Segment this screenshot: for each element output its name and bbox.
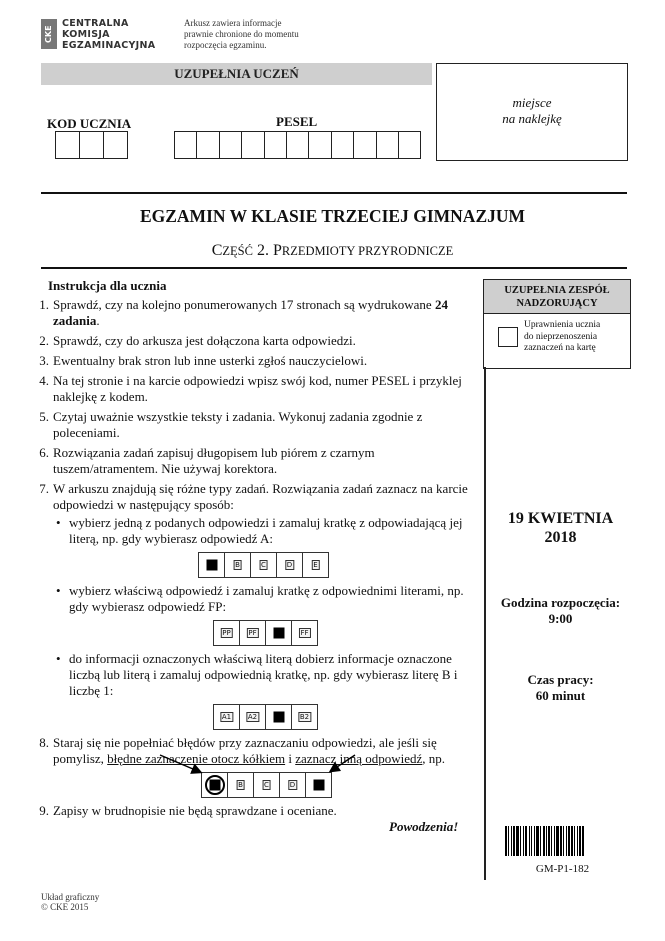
logo-line: CENTRALNA [62,18,155,29]
instruction-sub-item: •wybierz właściwą odpowiedź i zamaluj kr… [53,583,468,615]
instruction-item: 5.Czytaj uważnie wszystkie teksty i zada… [28,409,468,441]
answer-cell: PP [214,621,240,645]
logo-line: EGZAMINACYJNA [62,40,155,51]
subtitle-part: ZĘŚĆ [222,244,253,258]
digit-box[interactable] [287,132,309,158]
answer-strip: PPPFFF [213,620,318,646]
digit-box[interactable] [354,132,376,158]
answer-letter: FF [298,628,310,638]
divider [41,267,627,269]
instruction-sub-item: •do informacji oznaczonych właściwą lite… [53,651,468,699]
answer-cell: FF [292,621,317,645]
answer-cell [266,705,292,729]
answer-letter: A2 [246,712,259,722]
instruction-item: 7.W arkuszu znajdują się różne typy zada… [28,481,468,730]
answer-cell: PF [240,621,266,645]
transfer-exemption-checkbox[interactable] [498,327,518,347]
answer-cell: A1 [214,705,240,729]
item-text: Ewentualny brak stron lub inne usterki z… [53,353,367,368]
bullet-icon: • [56,515,61,531]
answer-cell: C [254,773,280,797]
item-text: W arkuszu znajdują się różne typy zadań.… [53,481,468,512]
item-number: 2. [39,333,49,349]
instructions-list: 1.Sprawdź, czy na kolejno ponumerowanych… [28,297,468,823]
confidentiality-notice: Arkusz zawiera informacje prawnie chroni… [184,18,299,51]
answer-strip: A1A2B2 [213,704,318,730]
logo-line: KOMISJA [62,29,155,40]
sticker-line: na naklejkę [502,111,562,126]
answer-cell: B [228,773,254,797]
answer-cell: E [303,553,328,577]
digit-box[interactable] [80,132,104,158]
kod-ucznia-field[interactable] [55,131,128,159]
logo-letters: CKE [41,19,57,49]
answer-letter: PF [246,628,258,638]
answer-letter: PP [220,628,232,638]
instruction-item: 4.Na tej stronie i na karcie odpowiedzi … [28,373,468,405]
answer-letter: E [311,560,319,570]
item-number: 5. [39,409,49,425]
digit-box[interactable] [220,132,242,158]
cke-logo-mark: CKE [41,19,57,49]
date-line: 2018 [488,528,633,547]
item-text: Rozwiązania zadań zapisuj długopisem lub… [53,445,375,476]
footer-line: Układ graficzny [41,892,99,902]
digit-box[interactable] [332,132,354,158]
bullet-icon: • [56,583,61,599]
item-text: Czytaj uważnie wszystkie teksty i zadani… [53,409,422,440]
supervisor-box: UZUPEŁNIA ZESPÓŁ NADZORUJĄCY Uprawnienia… [483,279,631,369]
pesel-field[interactable] [174,131,421,159]
kod-ucznia-label: KOD UCZNIA [47,116,131,132]
pesel-label: PESEL [276,114,317,130]
item-text: Sprawdź, czy na kolejno ponumerowanych 1… [53,297,435,312]
answer-letter: C [262,780,271,790]
checkbox-label-line: Uprawnienia ucznia [524,320,600,332]
answer-letter: B [236,780,245,790]
answer-cell: B [225,553,251,577]
digit-box[interactable] [197,132,219,158]
answer-letter: B2 [298,712,311,722]
answer-cell: A2 [240,705,266,729]
start-time: Godzina rozpoczęcia: 9:00 [488,595,633,627]
answer-letter: B [233,560,242,570]
footer-line: © CKE 2015 [41,902,99,912]
checkbox-label-line: do nieprzenoszenia [524,332,600,344]
item-number: 7. [39,481,49,497]
start-time-value: 9:00 [488,611,633,627]
transfer-exemption-label: Uprawnienia ucznia do nieprzenoszenia za… [524,320,600,355]
filled-mark [313,780,324,791]
answer-cell [199,553,225,577]
answer-cell: D [280,773,306,797]
side-divider [484,367,486,880]
answer-strip: BCDE [198,552,329,578]
supervisor-heading: UZUPEŁNIA ZESPÓŁ NADZORUJĄCY [484,280,630,314]
student-section-label: UZUPEŁNIA UCZEŃ [41,63,432,85]
answer-cell: B2 [292,705,317,729]
instructions-heading: Instrukcja dla ucznia [48,278,166,294]
barcode [505,826,618,856]
instruction-item: 6.Rozwiązania zadań zapisuj długopisem l… [28,445,468,477]
barcode-text: GM-P1-182 [500,863,625,875]
instruction-sub-item: •wybierz jedną z podanych odpowiedzi i z… [53,515,468,547]
subtitle-part: 2. [253,242,273,259]
bullet-icon: • [56,651,61,667]
exam-date: 19 KWIETNIA 2018 [488,509,633,547]
answer-cell [202,773,228,797]
duration: Czas pracy: 60 minut [488,672,633,704]
duration-label: Czas pracy: [488,672,633,688]
start-time-label: Godzina rozpoczęcia: [488,595,633,611]
checkbox-label-line: zaznaczeń na kartę [524,343,600,355]
exam-title: EGZAMIN W KLASIE TRZECIEJ GIMNAZJUM [0,206,665,227]
subtitle-part: C [212,242,223,259]
answer-letter: A1 [220,712,233,722]
subtitle-part: P [273,242,282,259]
answer-strip: BCD [201,772,332,798]
answer-cell: D [277,553,303,577]
divider [41,192,627,194]
item-number: 4. [39,373,49,389]
item-text: Na tej stronie i na karcie odpowiedzi wp… [53,373,462,404]
digit-box[interactable] [377,132,399,158]
sticker-line: miejsce [513,95,552,110]
answer-letter: C [259,560,268,570]
instruction-item: 8.Staraj się nie popełniać błędów przy z… [28,735,468,798]
good-luck-text: Powodzenia! [389,819,458,835]
notice-line: Arkusz zawiera informacje [184,18,299,29]
item-number: 8. [39,735,49,751]
answer-letter: D [288,780,297,790]
instruction-item: 2.Sprawdź, czy do arkusza jest dołączona… [28,333,468,349]
notice-line: rozpoczęcia egzaminu. [184,40,299,51]
footer-credits: Układ graficzny © CKE 2015 [41,892,99,912]
item-text: Sprawdź, czy do arkusza jest dołączona k… [53,333,356,348]
exam-subtitle: CZĘŚĆ 2. PRZEDMIOTY PRZYRODNICZE [0,242,665,260]
digit-box[interactable] [309,132,331,158]
digit-box[interactable] [399,132,420,158]
answer-cell [306,773,331,797]
item-number: 6. [39,445,49,461]
answer-letter: D [285,560,294,570]
digit-box[interactable] [175,132,197,158]
filled-mark [273,628,284,639]
instruction-item: 3.Ewentualny brak stron lub inne usterki… [28,353,468,369]
notice-line: prawnie chronione do momentu [184,29,299,40]
digit-box[interactable] [242,132,264,158]
item-number: 3. [39,353,49,369]
instruction-item: 9.Zapisy w brudnopisie nie będą sprawdza… [28,803,468,819]
date-line: 19 KWIETNIA [488,509,633,528]
item-text: Zapisy w brudnopisie nie będą sprawdzane… [53,803,337,818]
sticker-area: miejsce na naklejkę [436,63,628,161]
answer-cell [266,621,292,645]
correction-circle [205,775,225,795]
instruction-item: 1.Sprawdź, czy na kolejno ponumerowanych… [28,297,468,329]
student-section-bar: UZUPEŁNIA UCZEŃ [41,63,432,85]
item-number: 9. [39,803,49,819]
filled-mark [206,560,217,571]
filled-mark [273,712,284,723]
digit-box[interactable] [104,132,127,158]
duration-value: 60 minut [488,688,633,704]
item-number: 1. [39,297,49,313]
answer-cell: C [251,553,277,577]
cke-logo-text: CENTRALNA KOMISJA EGZAMINACYJNA [62,18,155,51]
subtitle-part: RZEDMIOTY PRZYRODNICZE [282,244,453,258]
digit-box[interactable] [56,132,80,158]
digit-box[interactable] [265,132,287,158]
